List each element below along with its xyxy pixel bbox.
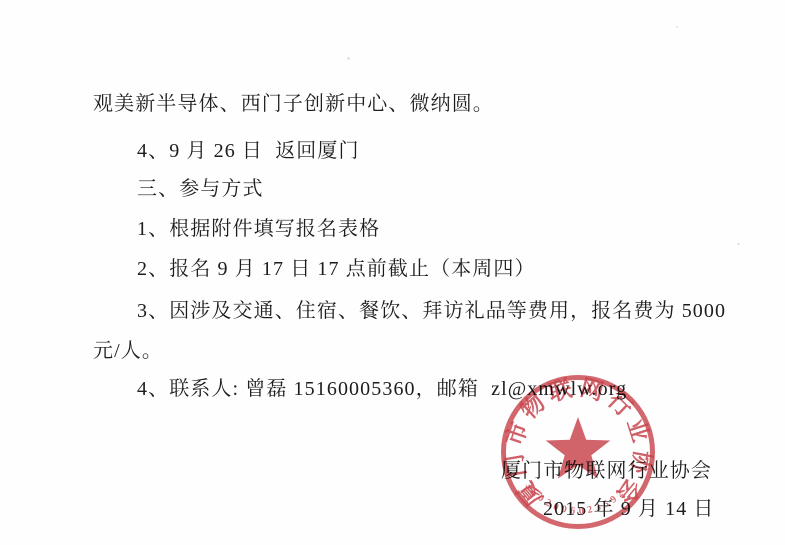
document-line-5: 2、报名 9 月 17 日 17 点前截止（本周四）	[137, 258, 536, 281]
document-line-6: 3、因涉及交通、住宿、餐饮、拜访礼品等费用，报名费为 5000	[137, 300, 726, 323]
scan-speck	[737, 243, 740, 245]
signature-organization: 厦门市物联网行业协会	[501, 460, 712, 483]
scan-speck	[676, 26, 678, 28]
document-line-2: 4、9 月 26 日 返回厦门	[137, 140, 360, 163]
document-line-1: 观美新半导体、西门子创新中心、微纳圆。	[93, 93, 494, 116]
document-line-8: 4、联系人: 曾磊 15160005360，邮箱 zl@xmwlw.org	[137, 378, 627, 401]
document-line-4: 1、根据附件填写报名表格	[137, 218, 380, 241]
signature-date: 2015 年 9 月 14 日	[543, 498, 715, 521]
document-line-7: 元/人。	[93, 340, 163, 363]
document-line-3: 三、参与方式	[137, 178, 264, 201]
scanned-document-page: 观美新半导体、西门子创新中心、微纳圆。 4、9 月 26 日 返回厦门 三、参与…	[0, 0, 785, 545]
scan-speck	[347, 57, 350, 60]
